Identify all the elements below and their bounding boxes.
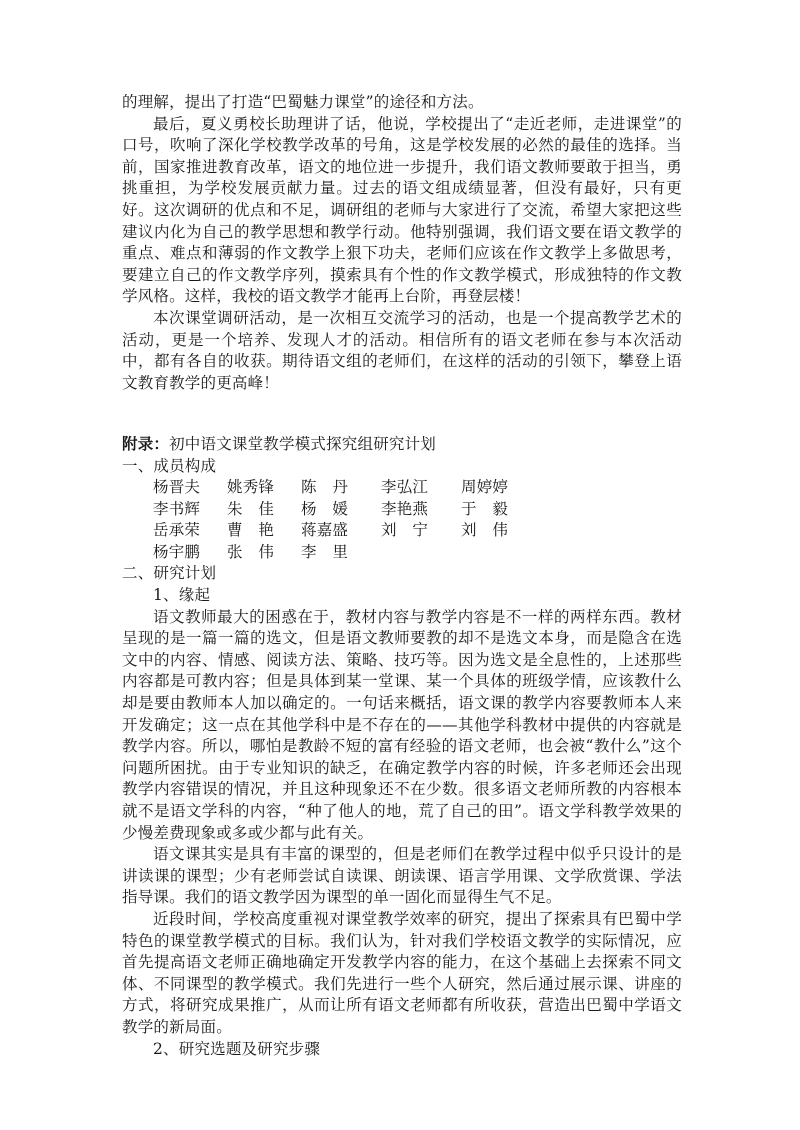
members-row: 杨晋夫 姚秀锋 陈 丹 李弘江 周婷婷 <box>153 477 682 499</box>
section-heading-members: 一、成员构成 <box>122 456 682 478</box>
appendix-title: 附录：初中语文课堂教学模式探究组研究计划 <box>122 434 682 456</box>
member-name: 杨宇鹏 <box>153 542 227 564</box>
paragraph-principal-assistant-speech: 最后，夏义勇校长助理讲了话，他说，学校提出了“走近老师，走进课堂”的口号，吹响了… <box>122 114 682 308</box>
member-name: 张 伟 <box>227 542 301 564</box>
member-name: 曹 艳 <box>227 520 301 542</box>
blank-line <box>122 412 682 434</box>
member-name: 李书辉 <box>153 499 227 521</box>
members-row: 岳承荣 曹 艳 蒋嘉盛 刘 宁 刘 伟 <box>153 520 682 542</box>
paragraph-continuation: 的理解，提出了打造“巴蜀魅力课堂”的途径和方法。 <box>122 92 682 114</box>
subsection-heading-origin: 1、缘起 <box>122 585 682 607</box>
member-name: 蒋嘉盛 <box>301 520 381 542</box>
member-name: 岳承荣 <box>153 520 227 542</box>
member-name: 刘 伟 <box>461 520 531 542</box>
member-name: 刘 宁 <box>381 520 461 542</box>
member-name: 杨 媛 <box>301 499 381 521</box>
member-name: 李 里 <box>301 542 381 564</box>
document-page: 的理解，提出了打造“巴蜀魅力课堂”的途径和方法。 最后，夏义勇校长助理讲了话，他… <box>122 92 682 1060</box>
member-name: 陈 丹 <box>301 477 381 499</box>
member-name: 杨晋夫 <box>153 477 227 499</box>
member-name: 朱 佳 <box>227 499 301 521</box>
member-name: 周婷婷 <box>461 477 531 499</box>
section-heading-research-plan: 二、研究计划 <box>122 563 682 585</box>
appendix-title-text: 初中语文课堂教学模式探究组研究计划 <box>169 435 436 453</box>
paragraph-origin-1: 语文教师最大的困惑在于，教材内容与教学内容是不一样的两样东西。教材呈现的是一篇一… <box>122 607 682 845</box>
paragraph-activity-summary: 本次课堂调研活动，是一次相互交流学习的活动，也是一个提高教学艺术的活动，更是一个… <box>122 308 682 394</box>
member-name: 李弘江 <box>381 477 461 499</box>
members-list: 杨晋夫 姚秀锋 陈 丹 李弘江 周婷婷 李书辉 朱 佳 杨 媛 李艳燕 于 毅 … <box>122 477 682 563</box>
member-name <box>461 542 531 564</box>
member-name: 李艳燕 <box>381 499 461 521</box>
spacer <box>122 394 682 412</box>
members-row: 李书辉 朱 佳 杨 媛 李艳燕 于 毅 <box>153 499 682 521</box>
paragraph-origin-2: 语文课其实是具有丰富的课型的，但是老师们在教学过程中似乎只设计的是讲读课的课型；… <box>122 844 682 909</box>
subsection-heading-topics-steps: 2、研究选题及研究步骤 <box>122 1039 682 1061</box>
appendix-label: 附录： <box>122 435 169 453</box>
paragraph-origin-3: 近段时间，学校高度重视对课堂教学效率的研究，提出了探索具有巴蜀中学特色的课堂教学… <box>122 909 682 1039</box>
members-row: 杨宇鹏 张 伟 李 里 <box>153 542 682 564</box>
member-name: 姚秀锋 <box>227 477 301 499</box>
member-name: 于 毅 <box>461 499 531 521</box>
member-name <box>381 542 461 564</box>
